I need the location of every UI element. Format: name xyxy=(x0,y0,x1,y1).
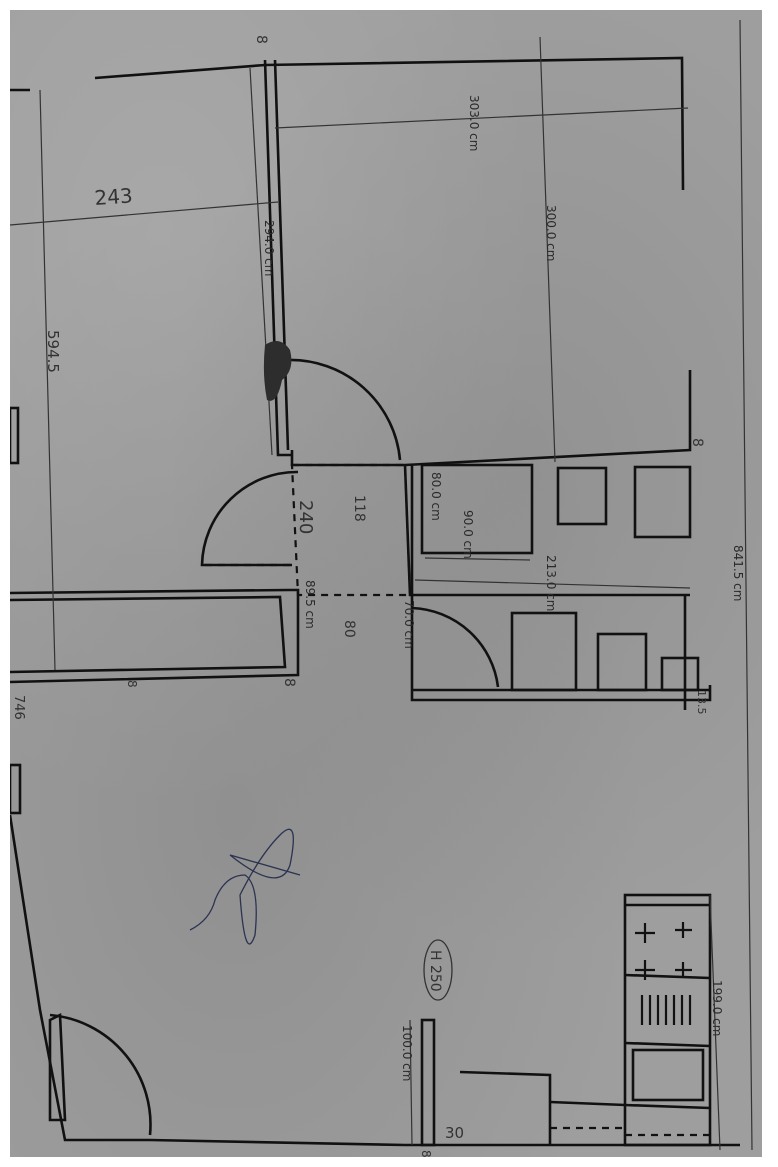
dimension-300: 300.0 cm xyxy=(544,205,558,261)
dimension-841-5: 841.5 cm xyxy=(731,545,745,601)
stove-burners xyxy=(635,922,692,1025)
note-594-5: 594.5 xyxy=(44,330,62,373)
note-240: 240 xyxy=(295,500,316,534)
dimension-70: 70.0 cm xyxy=(402,600,416,649)
note-746: 746 xyxy=(11,695,26,720)
dimension-303: 303.0 cm xyxy=(467,95,481,151)
note-80-storage: 80 xyxy=(341,620,357,638)
dimension-100: 100.0 cm xyxy=(400,1025,414,1081)
wall-mark-2: 8 xyxy=(689,438,705,447)
wall-mark-5: 8 xyxy=(419,1150,433,1157)
walls xyxy=(10,58,740,1145)
wall-mark-4: 8 xyxy=(125,680,139,688)
note-13-5: 13.5 xyxy=(695,690,708,715)
pen-scribble xyxy=(190,829,300,944)
floor-plan-sheet: 303.0 cm 300.0 cm 294.0 cm 80.0 cm 90.0 … xyxy=(10,10,762,1157)
note-30: 30 xyxy=(445,1124,464,1142)
wall-mark-3: 8 xyxy=(281,678,297,687)
dimension-80: 80.0 cm xyxy=(429,472,443,521)
dimension-294: 294.0 cm xyxy=(262,220,276,276)
dimension-213: 213.0 cm xyxy=(544,555,558,611)
dimension-90: 90.0 cm xyxy=(461,510,475,559)
dimension-89-5: 89.5 cm xyxy=(303,580,317,629)
floor-plan-drawing: 303.0 cm 300.0 cm 294.0 cm 80.0 cm 90.0 … xyxy=(10,10,762,1157)
note-118: 118 xyxy=(351,495,367,522)
note-h250: H 250 xyxy=(427,950,443,992)
note-243: 243 xyxy=(94,183,134,210)
wall-mark-1: 8 xyxy=(253,35,269,44)
dimension-199: 199.0 cm xyxy=(710,980,724,1036)
